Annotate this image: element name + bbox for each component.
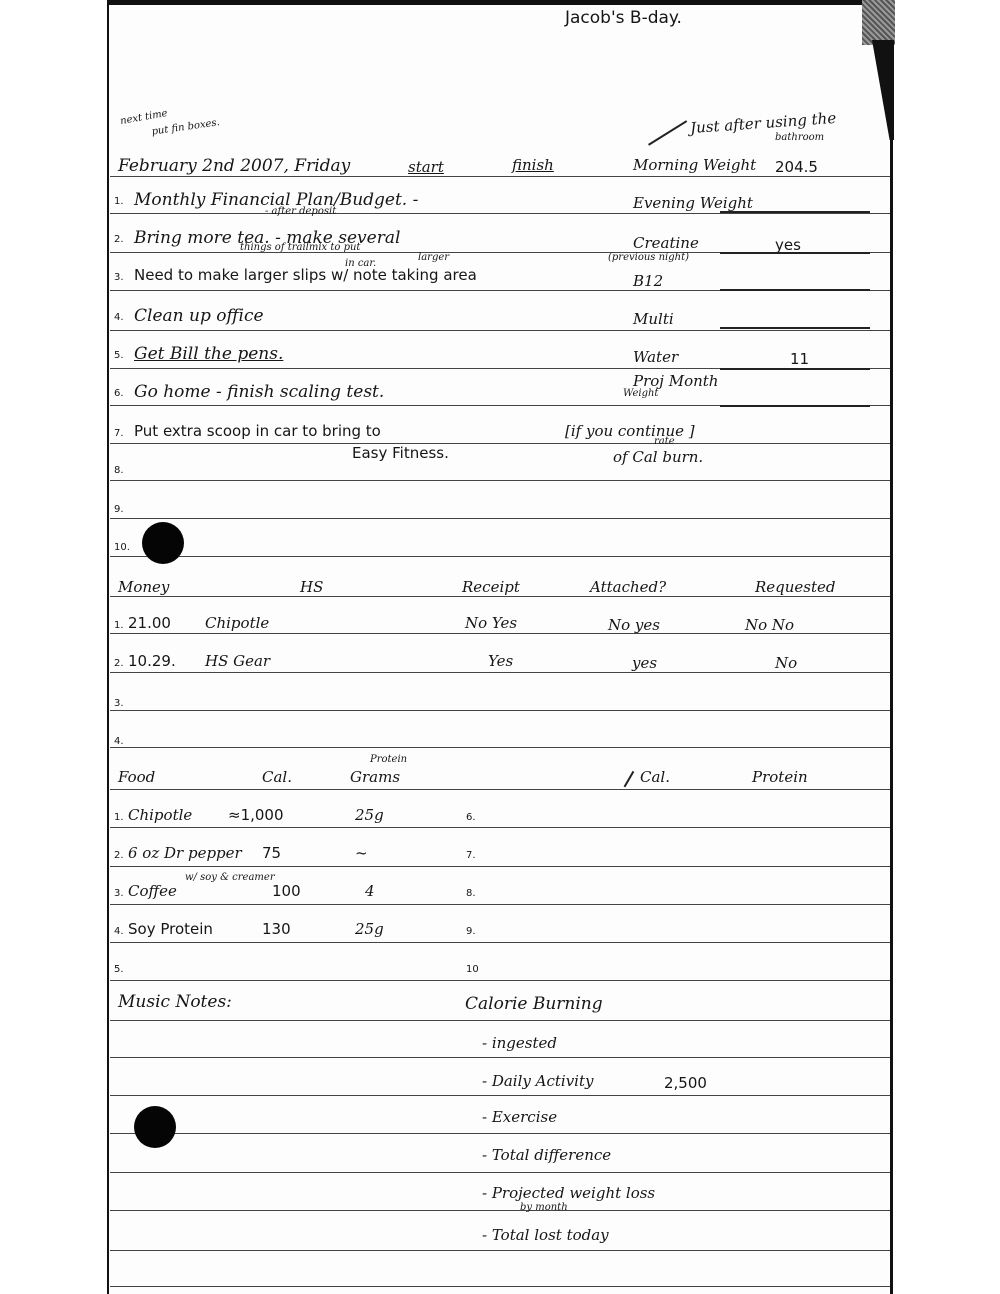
food-row-number-right: 6. — [466, 812, 476, 823]
task-text: Get Bill the pens. — [134, 344, 283, 364]
health-label: Morning Weight — [633, 156, 756, 174]
ruled-line — [110, 1250, 890, 1251]
projection-note-line3: of Cal burn. — [613, 448, 703, 466]
money-header: Attached? — [590, 578, 666, 596]
food-row-number: 5. — [114, 964, 124, 975]
task-text: Go home - finish scaling test. — [134, 382, 384, 402]
health-label: Creatine — [633, 234, 699, 252]
food-note: w/ soy & creamer — [185, 872, 275, 883]
money-header: Requested — [755, 578, 836, 596]
finish-label: finish — [512, 156, 554, 174]
money-row-number: 3. — [114, 698, 124, 709]
food-row-number-right: 7. — [466, 850, 476, 861]
ruled-line — [110, 330, 890, 331]
calorie-item-sub: by month — [520, 1202, 568, 1213]
food-row-number: 1. — [114, 812, 124, 823]
calorie-item: - Total difference — [482, 1146, 611, 1164]
task-number: 3. — [114, 272, 124, 283]
ruled-line — [110, 1057, 890, 1058]
ruled-line — [110, 1172, 890, 1173]
ruled-line — [110, 1286, 890, 1287]
health-value: 11 — [790, 350, 809, 368]
ruled-line — [110, 443, 890, 444]
money-row-number: 1. — [114, 620, 124, 631]
money-row-number: 2. — [114, 658, 124, 669]
calorie-value: 2,500 — [664, 1074, 707, 1092]
answer-line — [720, 405, 870, 407]
food-calories: ≈1,000 — [228, 806, 284, 824]
answer-line — [720, 327, 870, 329]
task-number: 9. — [114, 504, 124, 515]
ruled-line — [110, 904, 890, 905]
start-label: start — [408, 158, 444, 176]
ruled-line — [110, 1210, 890, 1211]
calorie-item: - Daily Activity — [482, 1072, 593, 1090]
health-label: B12 — [633, 272, 663, 290]
food-protein: 4 — [365, 882, 375, 900]
task-insert: larger — [418, 252, 449, 263]
money-receipt: No Yes — [465, 614, 517, 632]
food-header-food: Food — [118, 768, 155, 786]
ruled-line — [110, 942, 890, 943]
answer-line — [720, 211, 870, 213]
ruled-line — [110, 827, 890, 828]
projection-note-line2: rate — [654, 436, 675, 447]
ruled-line — [110, 480, 890, 481]
food-item: Chipotle — [128, 806, 192, 824]
task-number: 1. — [114, 196, 124, 207]
task-text: Clean up office — [134, 306, 264, 326]
health-label: Water — [633, 348, 678, 366]
money-header: HS — [300, 578, 323, 596]
projection-note-line1: [if you continue ] — [565, 422, 695, 440]
health-label: Multi — [633, 310, 674, 328]
money-amount: 10.29. — [128, 652, 176, 670]
food-item: Soy Protein — [128, 920, 213, 938]
task-text: Put extra scoop in car to bring to — [134, 422, 381, 440]
ruled-line — [110, 672, 890, 673]
food-header-protein-2: Protein — [752, 768, 808, 786]
money-attached: yes — [632, 654, 657, 672]
weight-note-line2: bathroom — [775, 132, 824, 143]
task-text: Need to make larger slips w/ note taking… — [134, 266, 477, 284]
money-description: HS Gear — [205, 652, 270, 670]
money-header: Money — [118, 578, 169, 596]
ruled-line — [110, 518, 890, 519]
food-header-protein: Grams — [350, 768, 400, 786]
food-calories: 100 — [272, 882, 301, 900]
food-row-number: 2. — [114, 850, 124, 861]
birthday-note: Jacob's B-day. — [565, 8, 682, 28]
health-sublabel: Weight — [623, 388, 658, 399]
music-notes-title: Music Notes: — [118, 992, 232, 1012]
folded-corner-shadow — [862, 0, 895, 45]
task-number: 2. — [114, 234, 124, 245]
ruled-line — [110, 747, 890, 748]
food-protein: ~ — [355, 844, 368, 862]
calorie-item: - Exercise — [482, 1108, 557, 1126]
money-row-number: 4. — [114, 736, 124, 747]
task-note: - after deposit — [265, 206, 336, 217]
food-row-number: 4. — [114, 926, 124, 937]
answer-line — [720, 289, 870, 291]
task-number: 6. — [114, 388, 124, 399]
health-sublabel: (previous night) — [608, 252, 689, 263]
ruled-line — [110, 556, 890, 557]
food-row-number-right: 9. — [466, 926, 476, 937]
calorie-item: - Projected weight loss — [482, 1184, 655, 1202]
food-row-number: 3. — [114, 888, 124, 899]
task-number: 4. — [114, 312, 124, 323]
ruled-line — [110, 980, 890, 981]
punch-hole-icon — [134, 1106, 176, 1148]
money-receipt: Yes — [488, 652, 513, 670]
ruled-line — [110, 866, 890, 867]
ruled-line — [110, 176, 890, 177]
ruled-line — [110, 710, 890, 711]
health-value: 204.5 — [775, 158, 818, 176]
task-number: 8. — [114, 465, 124, 476]
calorie-item: - ingested — [482, 1034, 557, 1052]
food-protein: 25g — [355, 920, 384, 938]
task-number: 5. — [114, 350, 124, 361]
task-number: 7. — [114, 428, 124, 439]
ruled-line — [110, 1095, 890, 1096]
food-row-number-right: 8. — [466, 888, 476, 899]
answer-line — [720, 368, 870, 370]
calorie-item: - Total lost today — [482, 1226, 609, 1244]
ruled-line — [110, 789, 890, 790]
ruled-line — [110, 213, 890, 214]
money-requested: No No — [745, 616, 794, 634]
calorie-burning-title: Calorie Burning — [465, 994, 603, 1014]
ruled-line — [110, 1133, 890, 1134]
food-calories: 75 — [262, 844, 281, 862]
food-row-number-right: 10 — [466, 964, 479, 975]
food-item: Coffee — [128, 882, 177, 900]
ruled-line — [110, 596, 890, 597]
food-calories: 130 — [262, 920, 291, 938]
money-attached: No yes — [608, 616, 660, 634]
food-item: 6 oz Dr pepper — [128, 844, 242, 862]
task-note: Easy Fitness. — [352, 444, 449, 462]
task-note: things of trailmix to put — [240, 242, 360, 253]
answer-line — [720, 252, 870, 254]
ruled-line — [110, 1020, 890, 1021]
food-header-cal: Cal. — [262, 768, 292, 786]
date-line: February 2nd 2007, Friday — [118, 156, 350, 176]
task-note: in car. — [345, 258, 376, 269]
page-top-edge — [107, 0, 893, 5]
food-header-protein-top: Protein — [370, 754, 407, 765]
money-description: Chipotle — [205, 614, 269, 632]
punch-hole-icon — [142, 522, 184, 564]
task-number: 10. — [114, 542, 130, 553]
food-protein: 25g — [355, 806, 384, 824]
money-header: Receipt — [462, 578, 520, 596]
health-label: Evening Weight — [633, 194, 753, 212]
money-requested: No — [775, 654, 797, 672]
money-amount: 21.00 — [128, 614, 171, 632]
food-header-cal-2: Cal. — [640, 768, 670, 786]
